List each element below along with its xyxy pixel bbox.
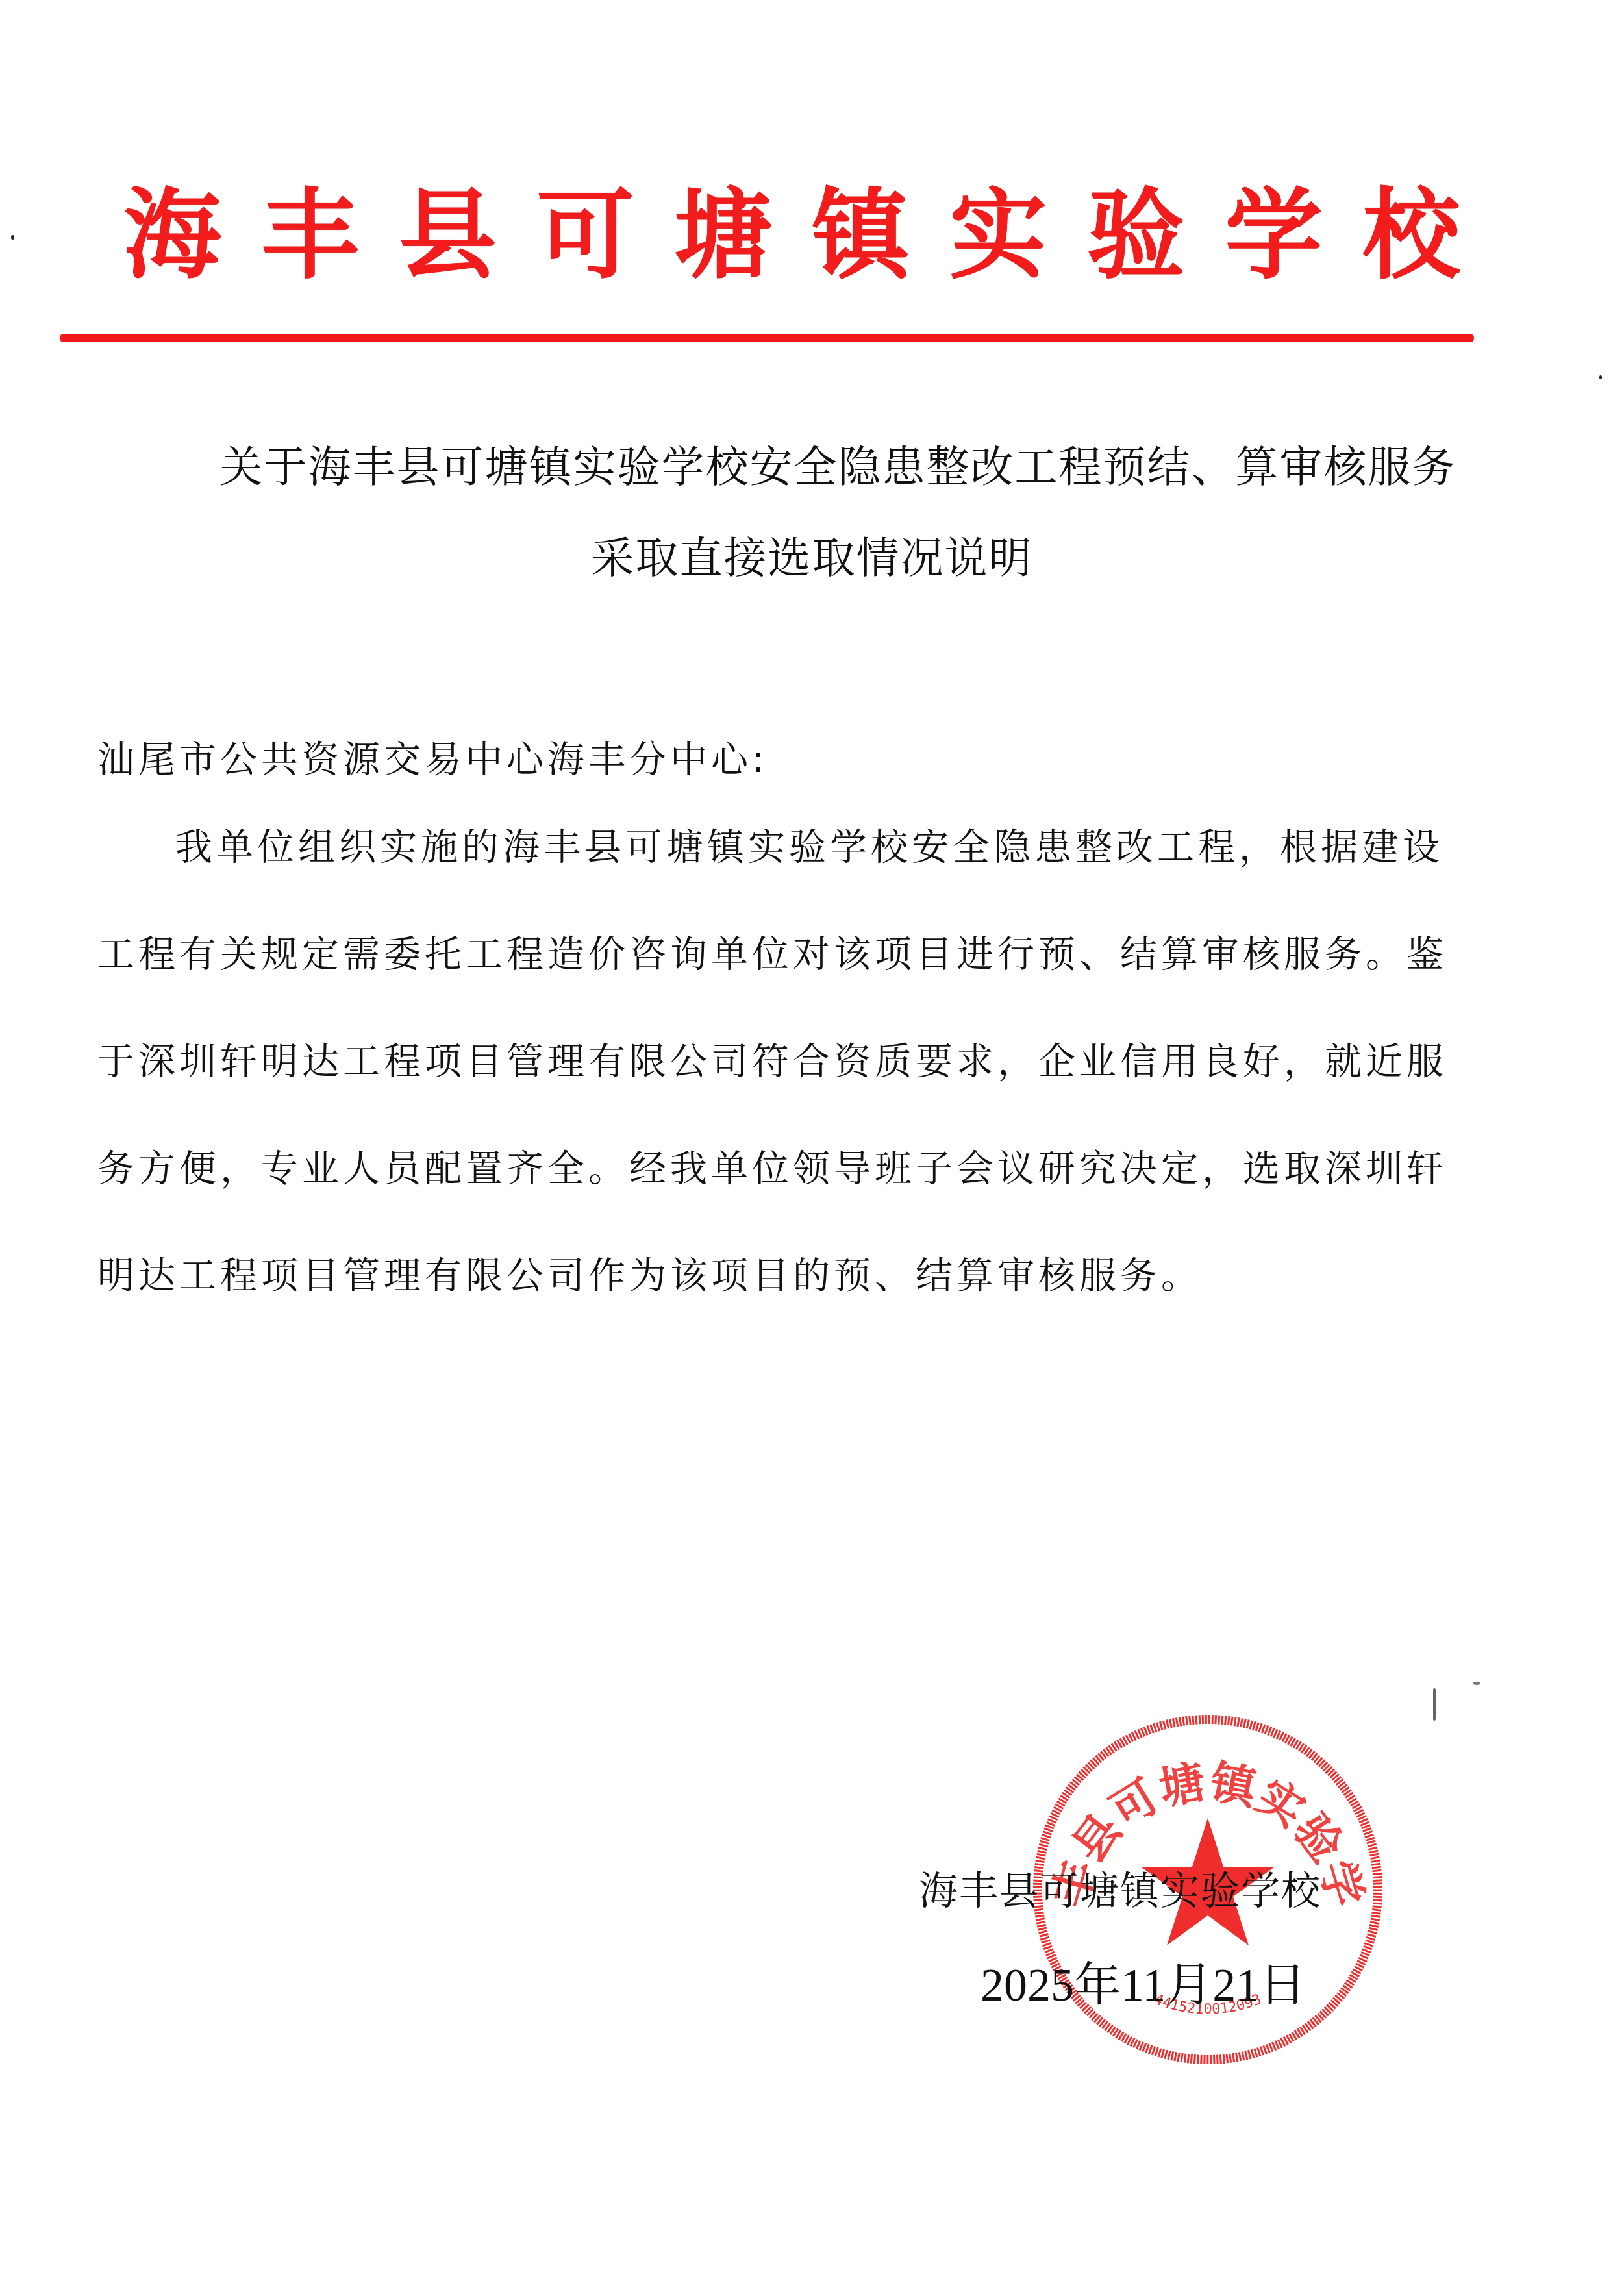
body-line-5: 明达工程项目管理有限公司作为该项目的预、结算审核服务。	[97, 1253, 1202, 1299]
body-line-2: 工程有关规定需委托工程造价咨询单位对该项目进行预、结算审核服务。鉴	[97, 932, 1447, 977]
scan-speck	[1433, 1688, 1436, 1721]
salutation: 汕尾市公共资源交易中心海丰分中心:	[97, 737, 768, 782]
scan-speck	[1599, 375, 1602, 379]
subject-title-line-1: 关于海丰县可塘镇实验学校安全隐患整改工程预结、算审核服务	[0, 442, 1624, 493]
subject-title-line-2: 采取直接选取情况说明	[0, 532, 1624, 584]
body-line-3: 于深圳轩明达工程项目管理有限公司符合资质要求，企业信用良好，就近服	[97, 1039, 1447, 1084]
signature-organization: 海丰县可塘镇实验学校	[919, 1869, 1321, 1914]
scan-speck	[11, 235, 14, 240]
letterhead-title: 海丰县可塘镇实验学校	[0, 174, 1624, 297]
scan-speck	[1473, 1682, 1480, 1685]
body-line-1: 我单位组织实施的海丰县可塘镇实验学校安全隐患整改工程，根据建设	[175, 825, 1443, 870]
signature-date: 2025年11月21日	[981, 1962, 1306, 2008]
letterhead-red-rule	[60, 334, 1474, 342]
body-line-4: 务方便，专业人员配置齐全。经我单位领导班子会议研究决定，选取深圳轩	[97, 1146, 1447, 1192]
